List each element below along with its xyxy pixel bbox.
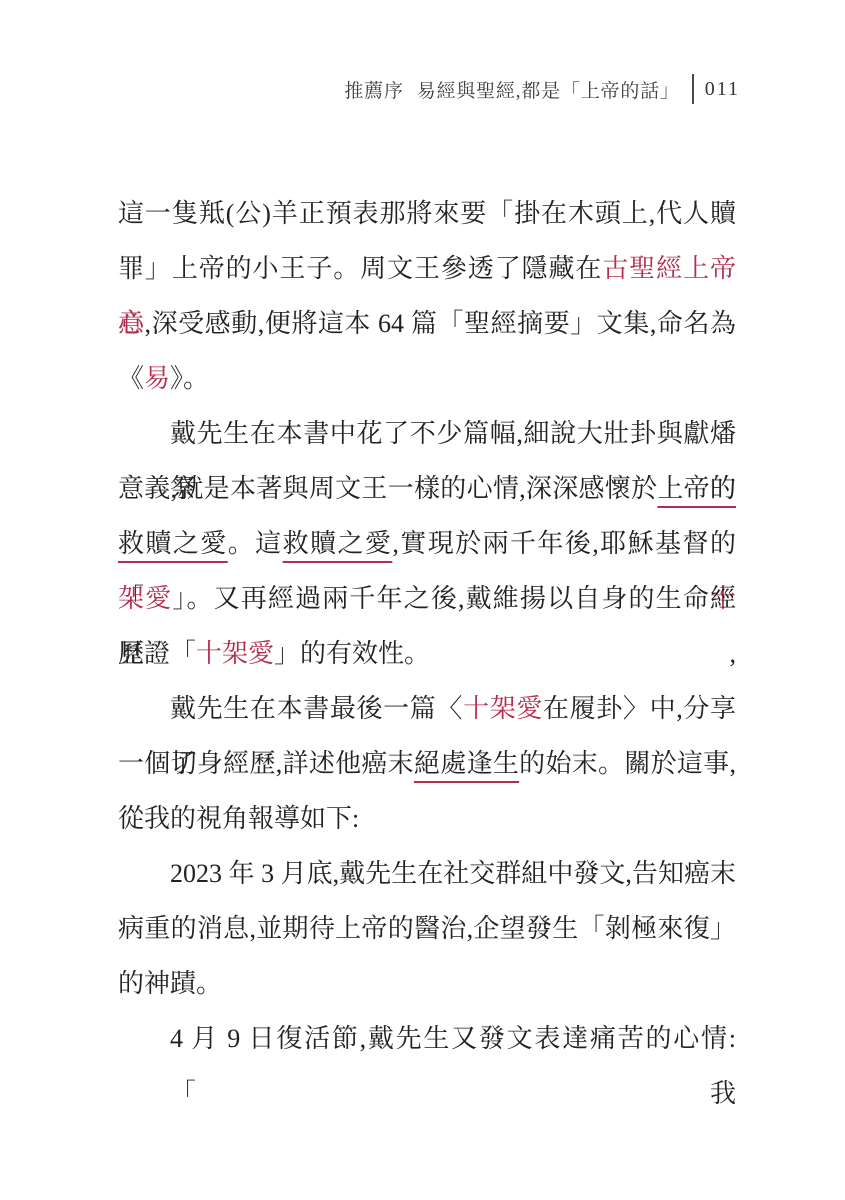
text-line: 戴先生在本書中花了不少篇幅,細說大壯卦與獻燔祭的 — [118, 406, 736, 461]
text-line: 救贖之愛。這救贖之愛,實現於兩千年後,耶穌基督的「十 — [118, 516, 736, 571]
text-line: 架愛」。又再經過兩千年之後,戴維揚以自身的生命經歷, — [118, 571, 736, 626]
red-highlight-text: 十架愛 — [463, 694, 543, 723]
body-text-segment: 4 月 9 日復活節,戴先生又發文表達痛苦的心情:「我 — [170, 1024, 736, 1108]
underlined-text: 救贖之愛 — [283, 529, 393, 558]
header-divider-rule — [692, 74, 694, 104]
text-line: 2023 年 3 月底,戴先生在社交群組中發文,告知癌末 — [118, 846, 736, 901]
body-text-segment: 意義,就是本著與周文王一樣的心情,深深感懷於 — [118, 474, 657, 503]
underlined-text: 救贖之愛 — [118, 529, 228, 558]
body-text-segment: 。這 — [228, 529, 283, 558]
body-text-segment: 病重的消息,並期待上帝的醫治,企望發生「剝極來復」 — [118, 914, 736, 943]
running-header: 推薦序 易經與聖經,都是「上帝的話」 011 — [344, 74, 740, 104]
body-text-segment: 》。 — [170, 364, 209, 393]
body-text-segment: 從我的視角報導如下: — [118, 804, 359, 833]
underlined-text: 絕處逢生 — [414, 749, 519, 778]
book-page: 推薦序 易經與聖經,都是「上帝的話」 011 這一隻羝(公)羊正預表那將來要「掛… — [0, 0, 845, 1200]
red-highlight-text: 架愛 — [118, 584, 172, 613]
red-highlight-text: 意 — [118, 309, 145, 338]
text-line: 意義,就是本著與周文王一樣的心情,深深感懷於上帝的 — [118, 461, 736, 516]
text-line: 這一隻羝(公)羊正預表那將來要「掛在木頭上,代人贖 — [118, 186, 736, 241]
body-text-segment: 的始末。關於這事, — [519, 749, 736, 778]
text-line: 病重的消息,並期待上帝的醫治,企望發生「剝極來復」 — [118, 901, 736, 956]
body-text-segment: 《 — [118, 364, 144, 393]
page-number: 011 — [705, 78, 740, 101]
body-text-segment: 罪」上帝的小王子。周文王參透了隱藏在 — [118, 254, 602, 283]
body-text-segment: 這一隻羝(公)羊正預表那將來要「掛在木頭上,代人贖 — [118, 199, 736, 228]
red-highlight-text: 十架愛 — [196, 639, 274, 668]
body-text-segment: ,深受感動,便將這本 64 篇「聖經摘要」文集,命名為 — [145, 309, 736, 338]
body-text-segment: 見證「 — [118, 639, 196, 668]
body-text: 這一隻羝(公)羊正預表那將來要「掛在木頭上,代人贖罪」上帝的小王子。周文王參透了… — [118, 186, 736, 1066]
text-line: 罪」上帝的小王子。周文王參透了隱藏在古聖經上帝心 — [118, 241, 736, 296]
body-text-segment: 一個切身經歷,詳述他癌末 — [118, 749, 414, 778]
text-line: 一個切身經歷,詳述他癌末絕處逢生的始末。關於這事, — [118, 736, 736, 791]
text-line: 從我的視角報導如下: — [118, 791, 736, 846]
text-line: 《易》。 — [118, 351, 736, 406]
text-line: 戴先生在本書最後一篇〈十架愛在履卦〉中,分享了 — [118, 681, 736, 736]
header-title: 易經與聖經,都是「上帝的話」 — [417, 76, 680, 103]
underlined-text: 上帝的 — [657, 474, 736, 503]
body-text-segment: 2023 年 3 月底,戴先生在社交群組中發文,告知癌末 — [170, 859, 736, 888]
text-line: 的神蹟。 — [118, 956, 736, 1011]
text-line: 意,深受感動,便將這本 64 篇「聖經摘要」文集,命名為 — [118, 296, 736, 351]
body-text-segment: 的神蹟。 — [118, 969, 222, 998]
body-text-segment: 」的有效性。 — [274, 639, 430, 668]
text-line: 4 月 9 日復活節,戴先生又發文表達痛苦的心情:「我 — [118, 1011, 736, 1066]
section-label: 推薦序 — [344, 76, 403, 103]
body-text-segment: 戴先生在本書最後一篇〈 — [170, 694, 463, 723]
red-highlight-text: 易 — [144, 364, 170, 393]
